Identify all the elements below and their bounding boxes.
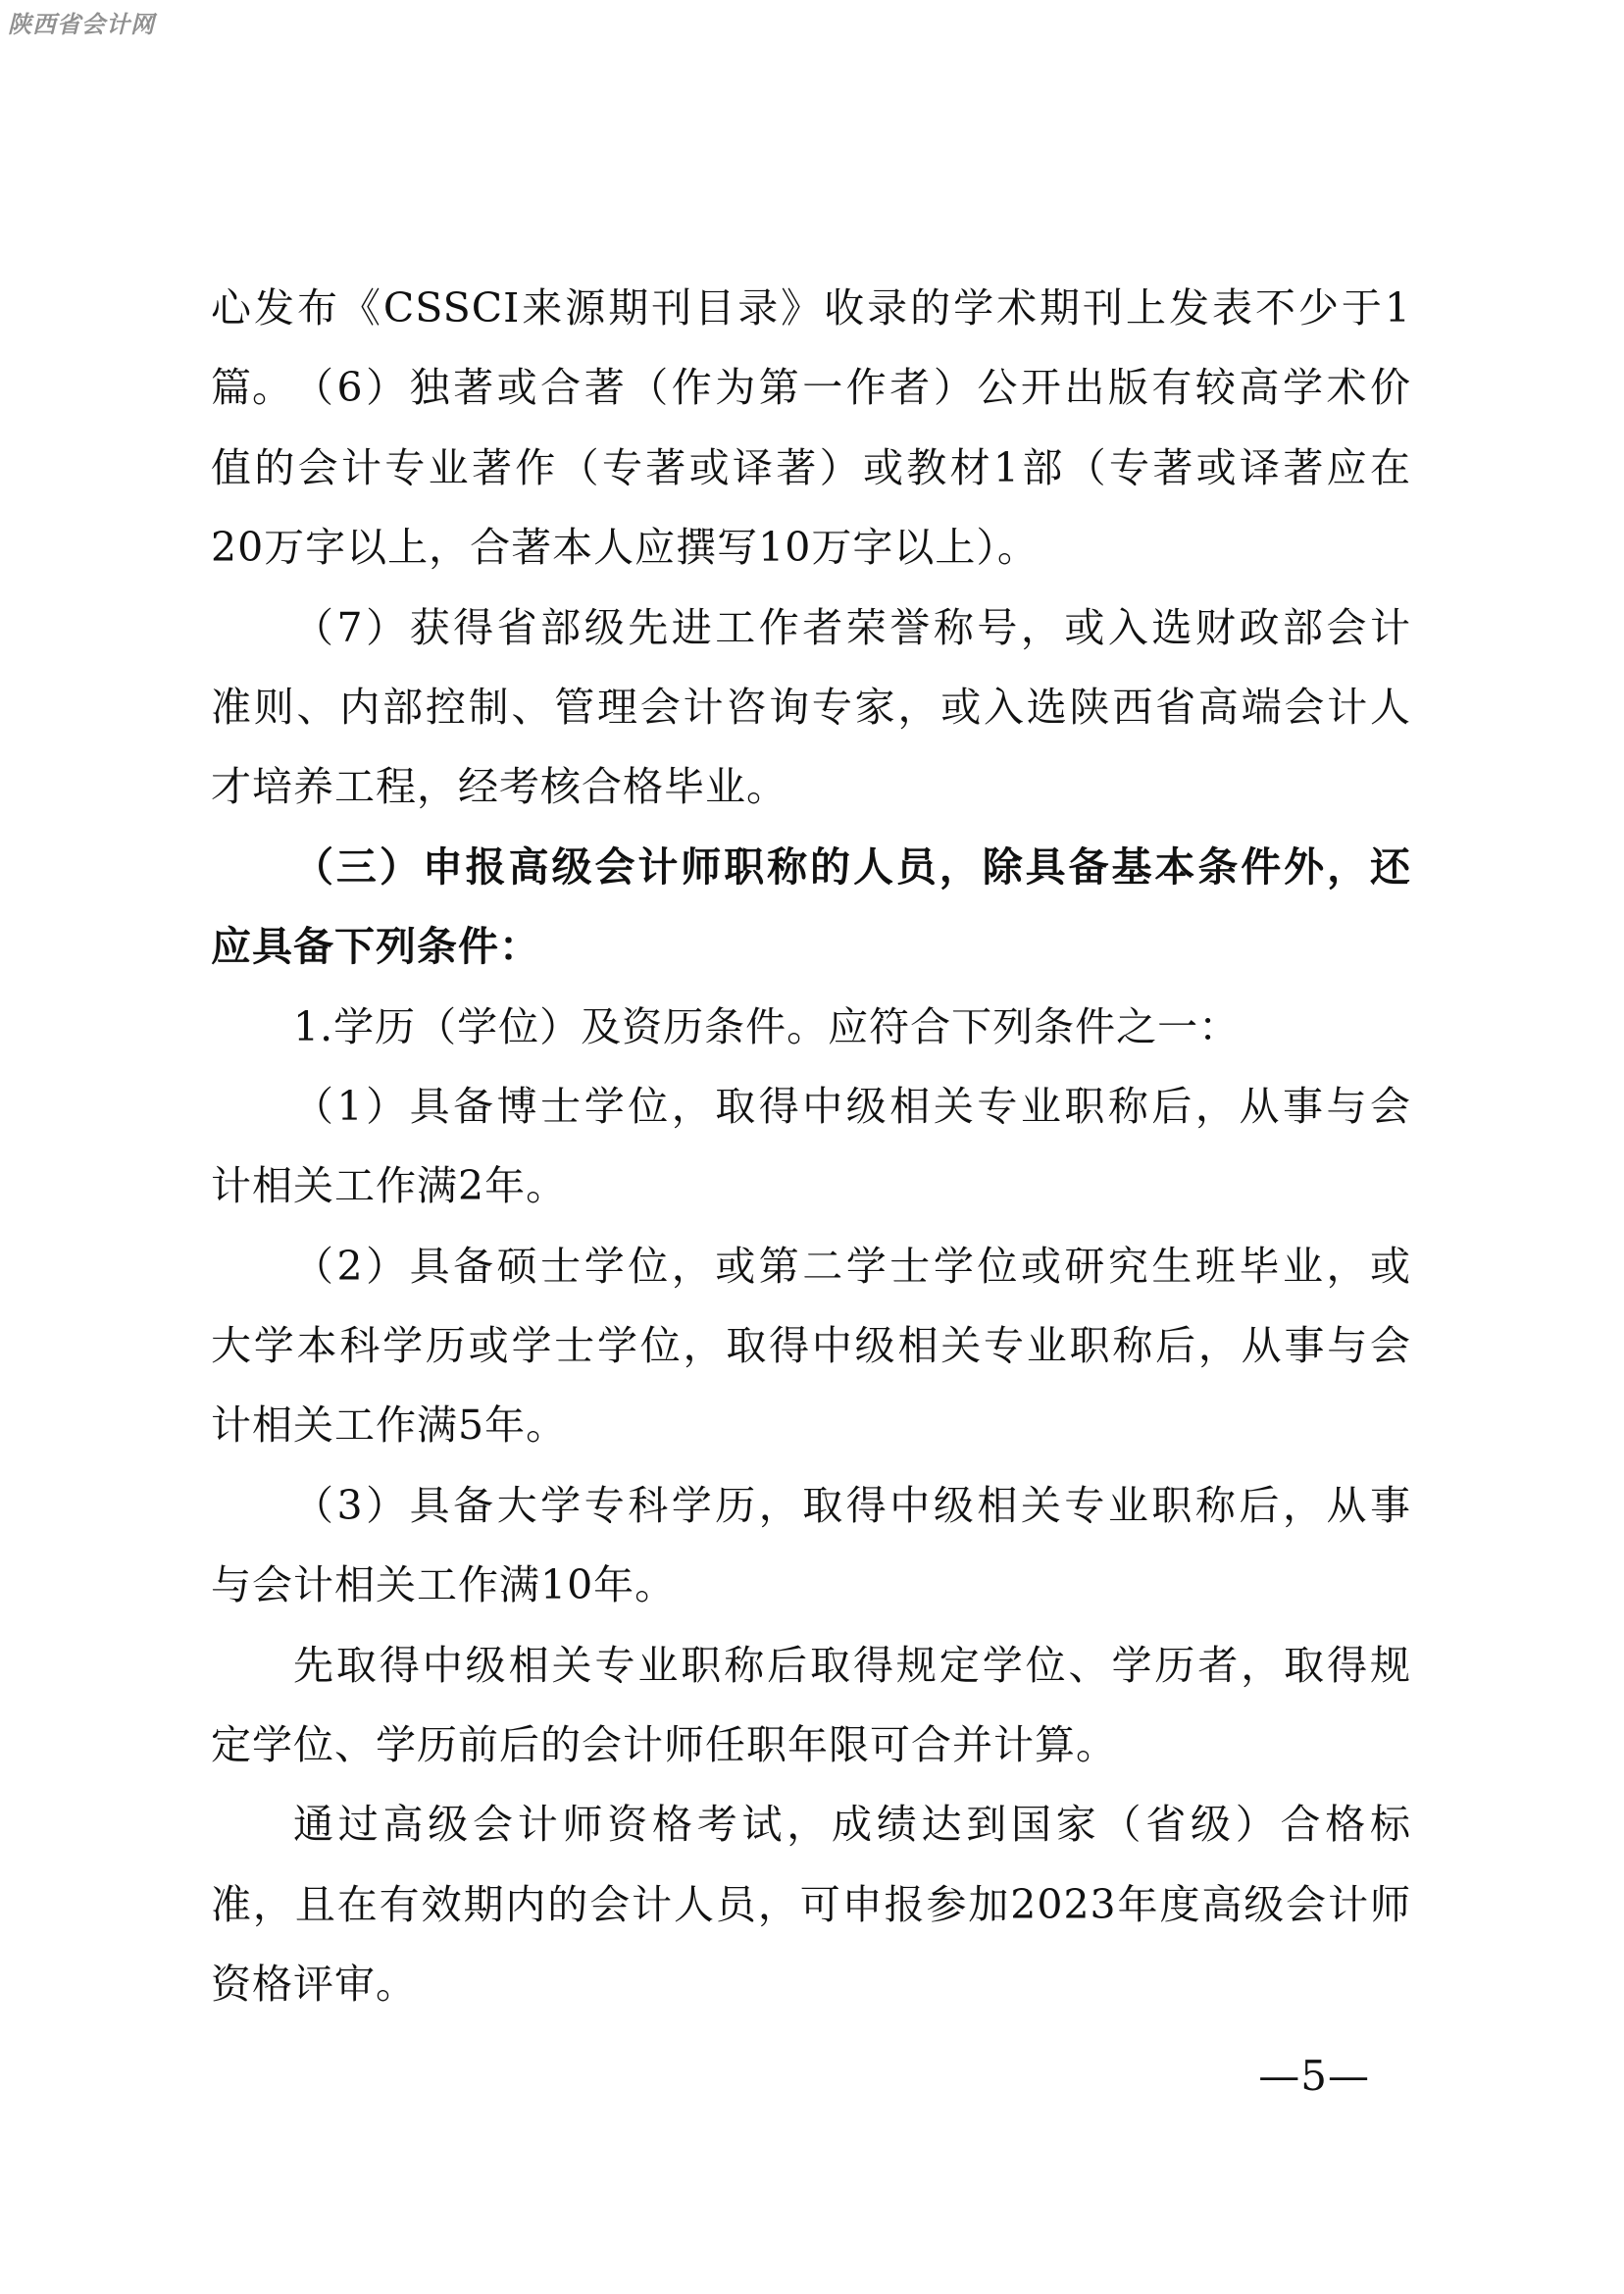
text-line: 值的会计专业著作（专著或译著）或教材1部（专著或译著应在 <box>211 429 1411 508</box>
text-line: 心发布《CSSCI来源期刊目录》收录的学术期刊上发表不少于1篇。 <box>211 269 1411 348</box>
text-line: 先取得中级相关专业职称后取得规定学位、学历者，取得规 <box>211 1626 1411 1706</box>
document-body: 心发布《CSSCI来源期刊目录》收录的学术期刊上发表不少于1篇。（6）独著或合著… <box>211 269 1411 2025</box>
text-line: （6）独著或合著（作为第一作者）公开出版有较高学术价 <box>211 348 1411 428</box>
text-line: （2）具备硕士学位，或第二学士学位或研究生班毕业，或 <box>211 1227 1411 1306</box>
text-line: 20万字以上，合著本人应撰写10万字以上）。 <box>211 508 1411 587</box>
text-line: （1）具备博士学位，取得中级相关专业职称后，从事与会 <box>211 1067 1411 1147</box>
text-line: 计相关工作满5年。 <box>211 1386 1411 1465</box>
text-line: 定学位、学历前后的会计师任职年限可合并计算。 <box>211 1706 1411 1785</box>
text-line: 准，且在有效期内的会计人员，可申报参加2023年度高级会计师 <box>211 1865 1411 1945</box>
page-number: —5— <box>1258 2036 1370 2116</box>
text-line: 应具备下列条件： <box>211 907 1411 987</box>
text-line: 与会计相关工作满10年。 <box>211 1546 1411 1625</box>
text-line: 计相关工作满2年。 <box>211 1147 1411 1226</box>
text-line: 资格评审。 <box>211 1945 1411 2024</box>
text-line: （7）获得省部级先进工作者荣誉称号，或入选财政部会计 <box>211 588 1411 668</box>
text-line: 1.学历（学位）及资历条件。应符合下列条件之一： <box>211 988 1411 1067</box>
site-watermark: 陕西省会计网 <box>8 5 155 39</box>
text-line: （三）申报高级会计师职称的人员，除具备基本条件外，还 <box>211 828 1411 907</box>
text-line: （3）具备大学专科学历，取得中级相关专业职称后，从事 <box>211 1466 1411 1546</box>
text-line: 通过高级会计师资格考试，成绩达到国家（省级）合格标 <box>211 1785 1411 1864</box>
text-line: 才培养工程，经考核合格毕业。 <box>211 747 1411 827</box>
text-line: 大学本科学历或学士学位，取得中级相关专业职称后，从事与会 <box>211 1306 1411 1386</box>
text-line: 准则、内部控制、管理会计咨询专家，或入选陕西省高端会计人 <box>211 668 1411 747</box>
document-page: { "watermark": { "text": "陕西省会计网" }, "do… <box>0 0 1624 2294</box>
